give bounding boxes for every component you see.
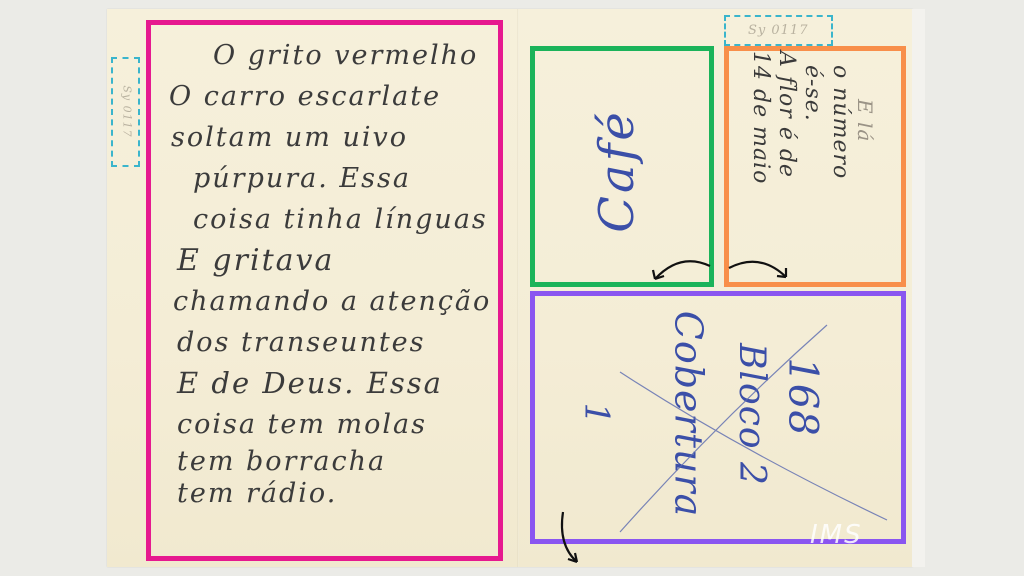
annotation-overlay bbox=[0, 0, 1024, 576]
curved-arrow-down-icon bbox=[562, 512, 577, 562]
curved-arrow-left-icon bbox=[653, 261, 710, 279]
curved-arrow-right-icon bbox=[729, 262, 786, 277]
cross-out-lines bbox=[620, 325, 887, 532]
